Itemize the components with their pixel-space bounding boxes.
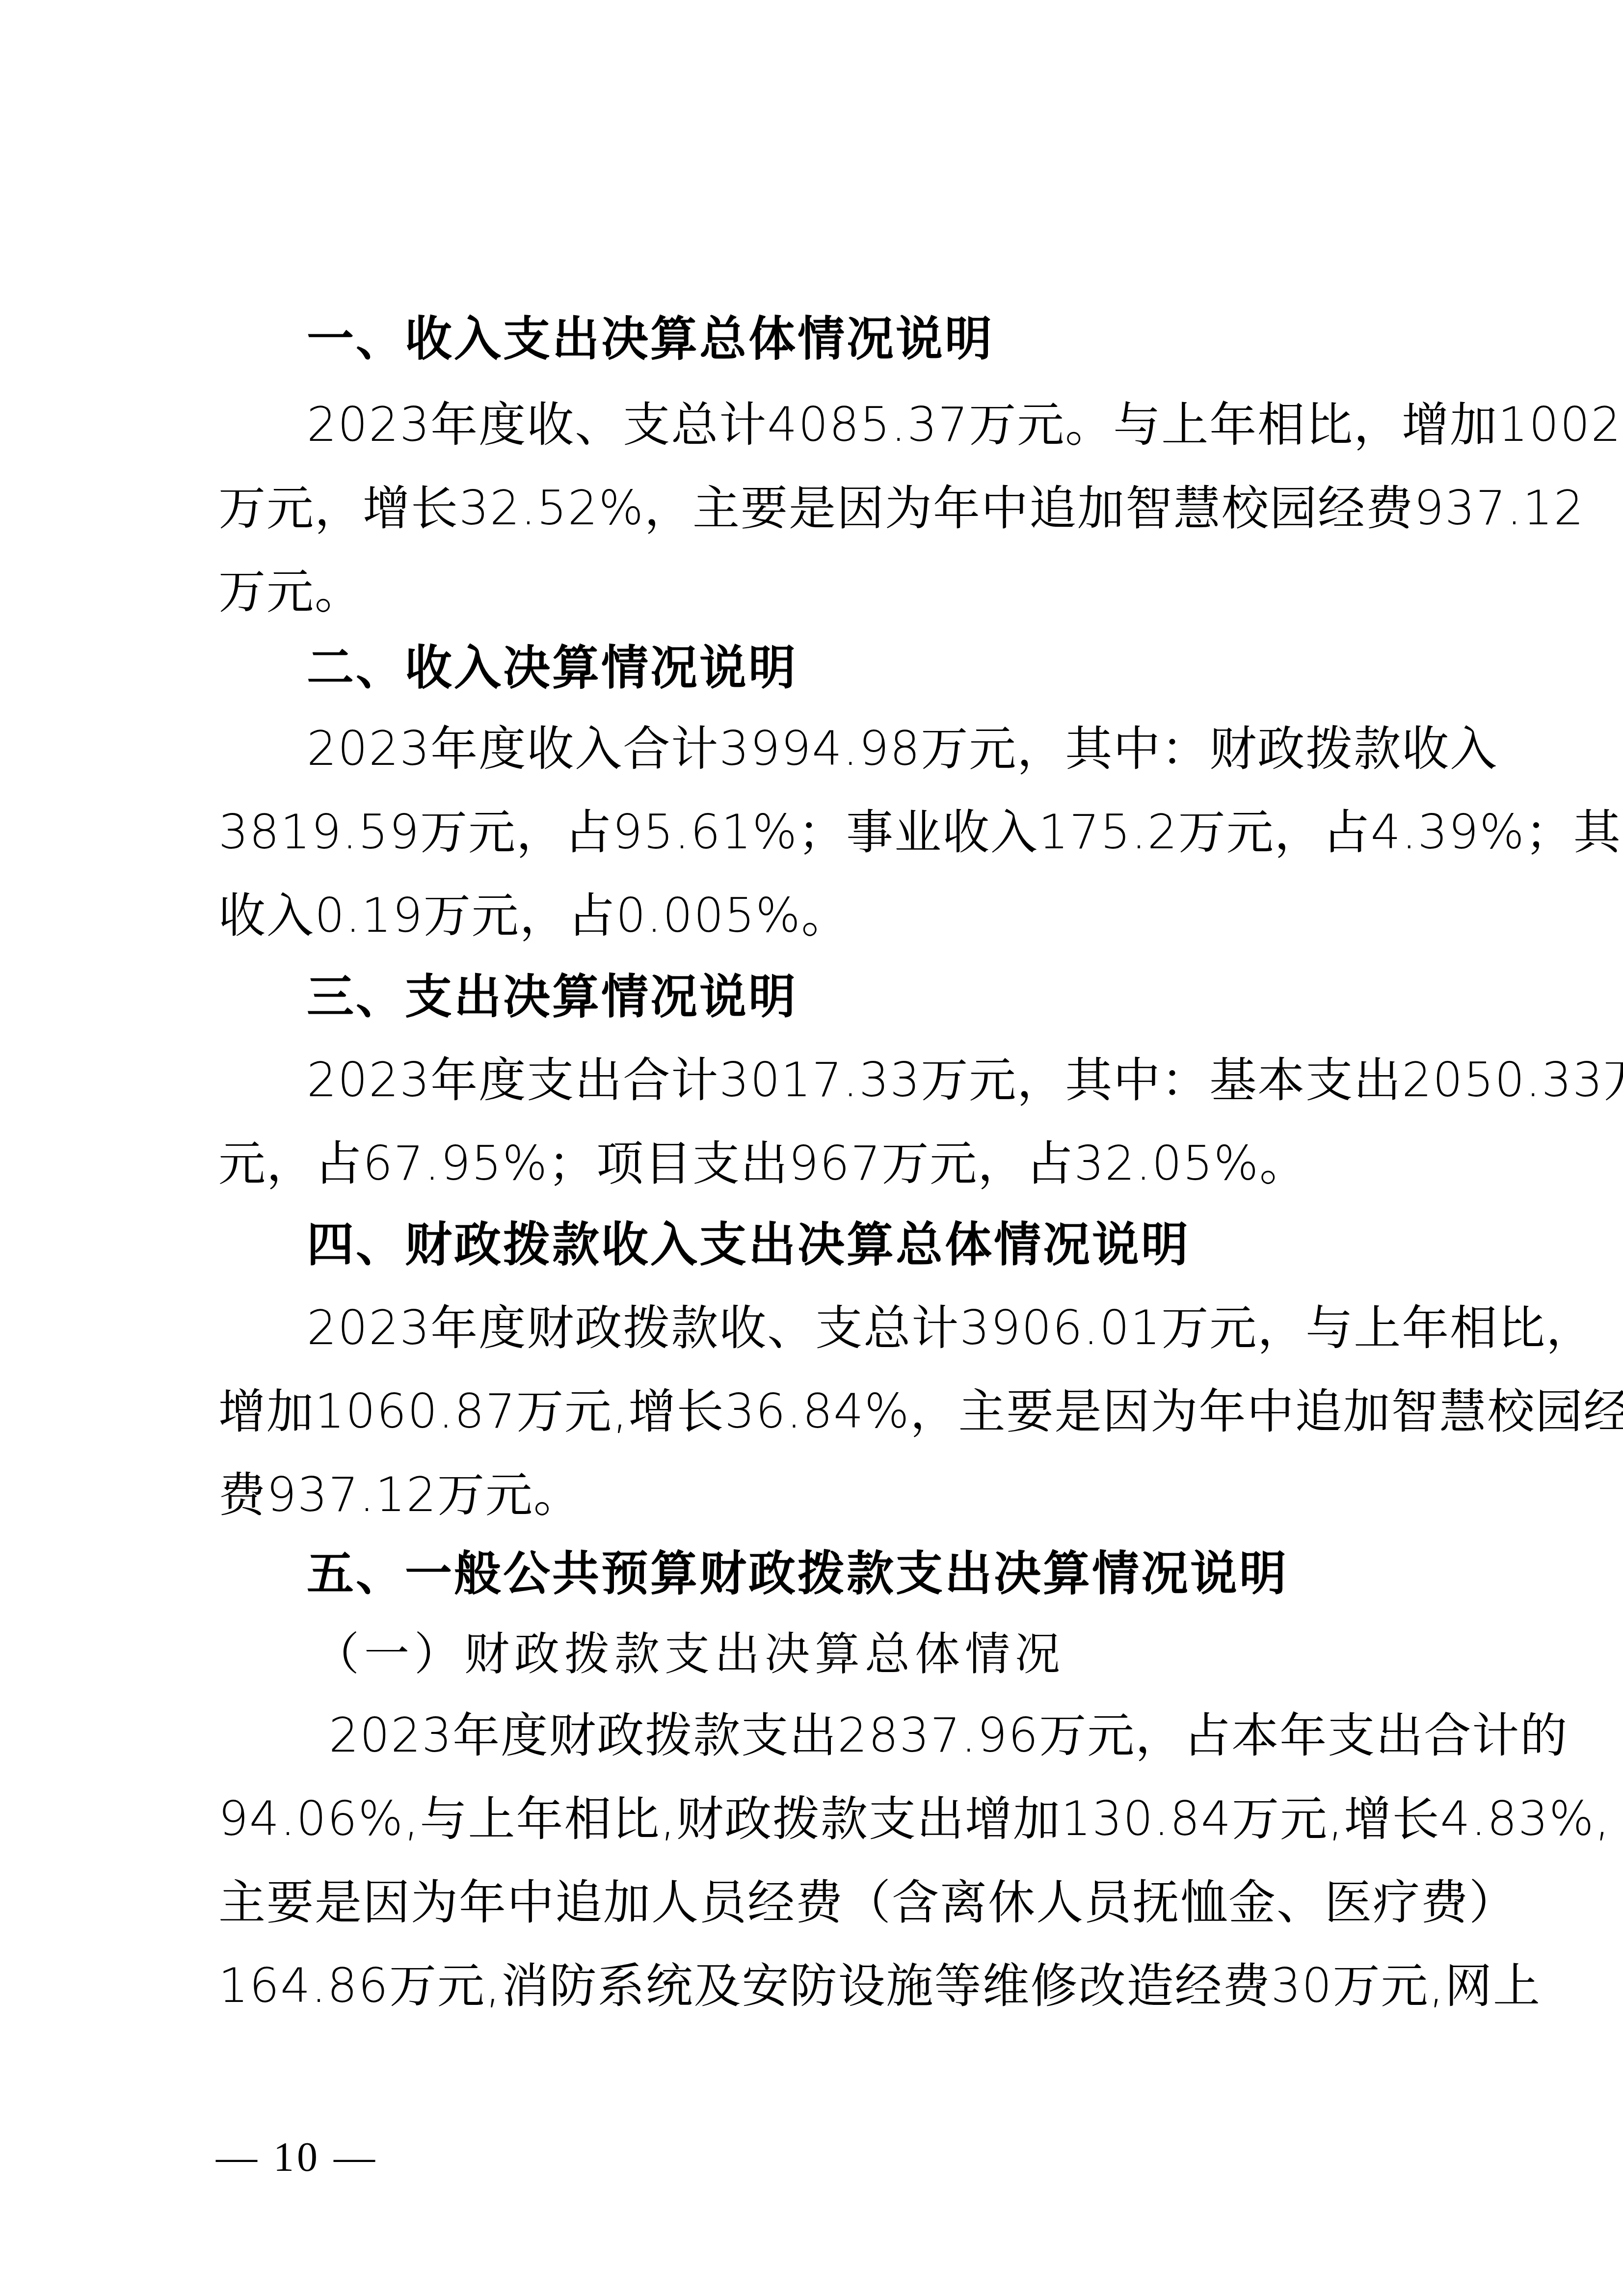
paragraph-line: 收入0.19万元，占0.005%。 bbox=[218, 884, 1426, 947]
document-page: 一、收入支出决算总体情况说明 2023年度收、支总计4085.37万元。与上年相… bbox=[0, 0, 1623, 2296]
paragraph-line: 元，占67.95%；项目支出967万元，占32.05%。 bbox=[218, 1132, 1426, 1195]
paragraph-line: 2023年度收、支总计4085.37万元。与上年相比，增加1002.6 bbox=[307, 393, 1426, 457]
paragraph-line: 3819.59万元，占95.61%；事业收入175.2万元，占4.39%；其他 bbox=[218, 800, 1426, 864]
page-number: — 10 — bbox=[216, 2128, 378, 2187]
paragraph-line: 主要是因为年中追加人员经费（含离休人员抚恤金、医疗费） bbox=[218, 1870, 1426, 1934]
section-heading-3: 三、支出决算情况说明 bbox=[307, 965, 798, 1028]
section-heading-1: 一、收入支出决算总体情况说明 bbox=[307, 307, 994, 371]
paragraph-line: 增加1060.87万元,增长36.84%，主要是因为年中追加智慧校园经 bbox=[218, 1379, 1426, 1443]
paragraph-line: 164.86万元,消防系统及安防设施等维修改造经费30万元,网上 bbox=[218, 1954, 1426, 2018]
paragraph-line: 2023年度收入合计3994.98万元，其中：财政拨款收入 bbox=[307, 717, 1337, 781]
paragraph-line: 万元，增长32.52%，主要是因为年中追加智慧校园经费937.12 bbox=[218, 476, 1426, 540]
section-heading-2: 二、收入决算情况说明 bbox=[307, 636, 798, 700]
paragraph-line: 2023年度财政拨款支出2837.96万元，占本年支出合计的 bbox=[329, 1703, 1394, 1767]
section-heading-5: 五、一般公共预算财政拨款支出决算情况说明 bbox=[307, 1541, 1288, 1605]
paragraph-line: 费937.12万元。 bbox=[218, 1463, 1426, 1527]
paragraph-line: 2023年度财政拨款收、支总计3906.01万元，与上年相比， bbox=[307, 1296, 1426, 1360]
section-heading-4: 四、财政拨款收入支出决算总体情况说明 bbox=[307, 1213, 1190, 1276]
paragraph-line: 万元。 bbox=[218, 560, 1426, 623]
paragraph-line: 94.06%,与上年相比,财政拨款支出增加130.84万元,增长4.83%, bbox=[218, 1787, 1426, 1851]
subsection-heading: （一）财政拨款支出决算总体情况 bbox=[314, 1622, 1065, 1686]
paragraph-line: 2023年度支出合计3017.33万元，其中：基本支出2050.33万 bbox=[307, 1048, 1426, 1112]
